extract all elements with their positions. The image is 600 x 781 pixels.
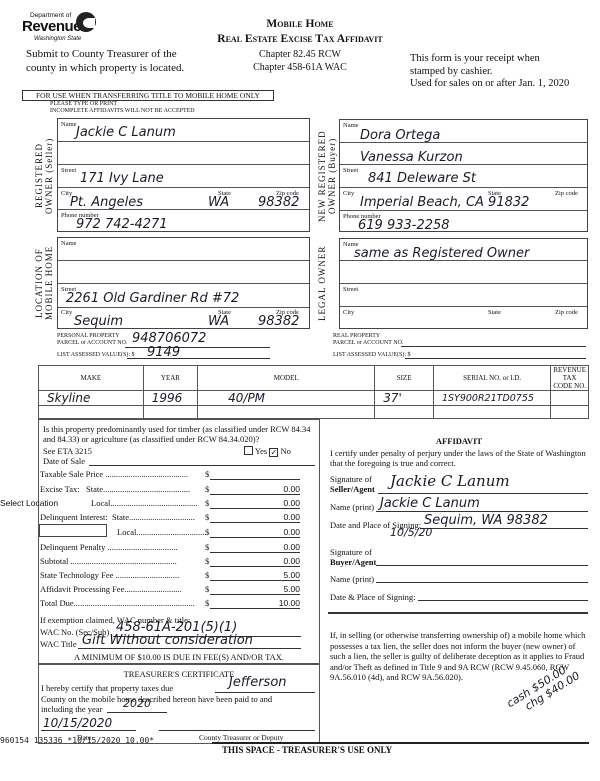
excise-local-amount[interactable]: 0.00 [210, 498, 300, 509]
buyer-name-print-label: Name (print) [330, 574, 374, 584]
minimum-due-note: A MINIMUM OF $10.00 IS DUE IN FEE(S) AND… [38, 652, 320, 662]
make-cell[interactable]: Skyline [39, 391, 144, 406]
delinquent-interest-state-amount[interactable]: 0.00 [210, 512, 300, 523]
make-cell[interactable] [39, 406, 144, 419]
table-row: Skyline 1996 40/PM 37' 1SY900R21TD0755 [39, 391, 589, 406]
dor-logo-icon [76, 12, 96, 32]
personal-assessed-field[interactable]: 9149 [147, 345, 180, 360]
yes-label: Yes [255, 446, 267, 456]
buyer-date-place-label: Date & Place of Signing: [330, 592, 415, 602]
date-of-sale-label: Date of Sale [43, 456, 85, 466]
taxable-sale-price-label: Taxable Sale Price .....................… [40, 469, 188, 479]
location-street-field[interactable]: 2261 Old Gardiner Rd #72 [66, 291, 239, 306]
subtotal-label: Subtotal ...............................… [40, 556, 177, 566]
legal-owner-box: Name same as Registered Owner Street Cit… [339, 238, 588, 329]
new-owner-section-label: NEW REGISTERED OWNER (Buyer) [317, 120, 339, 232]
tech-fee-label: State Technology Fee ...................… [40, 570, 179, 580]
assessed-label: LIST ASSESSED VALUE(S): $ [333, 352, 411, 358]
zip-label: Zip code [555, 309, 578, 316]
serial-cell[interactable]: 1SY900R21TD0755 [433, 391, 550, 406]
location-code-input[interactable] [39, 524, 107, 537]
effective-date-note: Used for sales on or after Jan. 1, 2020 [410, 78, 569, 89]
city-label: City [61, 309, 72, 316]
col-size: SIZE [375, 366, 434, 391]
legal-owner-section-label: LEGAL OWNER [317, 238, 339, 328]
delinquent-interest-local-amount[interactable]: 0.00 [210, 527, 300, 538]
logo-state: Washington State [34, 36, 81, 42]
tax-code-cell[interactable] [551, 406, 589, 419]
section-label-line-2: OWNER (Buyer) [327, 120, 337, 232]
delinquent-interest-local-label: Local................................. [117, 527, 206, 537]
zip-label: Zip code [555, 190, 578, 197]
seller-phone-field[interactable]: 972 742-4271 [76, 217, 168, 232]
currency-sign: $ [205, 542, 209, 552]
currency-sign: $ [205, 598, 209, 608]
wac-title-field[interactable]: Gift Without consideration [82, 633, 253, 648]
real-parcel-field[interactable] [401, 334, 586, 347]
seller-street-field[interactable]: 171 Ivy Lane [80, 171, 164, 186]
section-label-line-2: OWNER (Seller) [44, 120, 54, 232]
submit-instructions: Submit to County Treasurer of the county… [26, 47, 184, 75]
buyer-name-field[interactable]: Dora Ortega [360, 128, 440, 143]
buyer-phone-field[interactable]: 619 933-2258 [358, 218, 450, 233]
new-owner-box: Name Dora Ortega Vanessa Kurzon Street 8… [339, 119, 588, 232]
delinquent-penalty-amount[interactable]: 0.00 [210, 542, 300, 553]
year-field[interactable]: 2020 [123, 697, 151, 710]
receipt-line-2: stamped by cashier. [410, 65, 540, 78]
real-property-label: REAL PROPERTY [333, 333, 380, 339]
section-label-line-1: LEGAL OWNER [317, 238, 327, 328]
street-label: Street [343, 286, 358, 293]
no-label: No [280, 446, 290, 456]
mobile-home-table: MAKE YEAR MODEL SIZE SERIAL NO. or I.D. … [38, 365, 589, 419]
treasurer-certificate-box: TREASURER'S CERTIFICATE I hereby certify… [38, 664, 320, 744]
personal-parcel-field[interactable]: 948706072 [132, 331, 206, 346]
total-due-label: Total Due...............................… [40, 598, 195, 608]
seller-signature-field[interactable]: Jackie C Lanum [390, 472, 510, 490]
buyer-signature-label: Signature of Buyer/Agent [330, 547, 376, 567]
currency-sign: $ [205, 484, 209, 494]
excise-state-amount[interactable]: 0.00 [210, 484, 300, 495]
registered-owner-section-label: REGISTERED OWNER (Seller) [34, 120, 56, 232]
sig-label-line-1: Signature of [330, 547, 376, 557]
processing-fee-label: Affidavit Processing Fee................… [40, 584, 182, 594]
section-label-line-1: LOCATION OF [34, 238, 44, 328]
seller-name-field[interactable]: Jackie C Lanum [76, 125, 176, 140]
location-zip-field[interactable]: 98382 [258, 314, 299, 329]
location-box: Name Street 2261 Old Gardiner Rd #72 Cit… [57, 237, 310, 329]
sig-label-line-2: Buyer/Agent [330, 557, 376, 567]
seller-place-field[interactable]: Sequim, WA 98382 [424, 513, 548, 528]
currency-sign: $ [205, 556, 209, 566]
city-label: City [343, 309, 354, 316]
excise-local-label: Local...................................… [91, 498, 197, 508]
buyer-date-place-field[interactable] [418, 591, 588, 601]
incomplete-note: INCOMPLETE AFFIDAVITS WILL NOT BE ACCEPT… [50, 108, 195, 114]
sig-label-line-1: Signature of [330, 474, 375, 484]
parcel-label: PARCEL or ACCOUNT NO. [57, 340, 127, 346]
registered-owner-box: Name Jackie C Lanum Street 171 Ivy Lane … [57, 118, 310, 232]
treasurer-signature-field[interactable] [159, 720, 315, 731]
tax-code-cell[interactable] [551, 391, 589, 406]
year-cell[interactable] [143, 406, 197, 419]
title-line-1: Mobile Home [200, 17, 400, 32]
receipt-note: This form is your receipt when stamped b… [410, 52, 540, 78]
table-row [39, 406, 589, 419]
model-cell[interactable]: 40/PM [198, 391, 375, 406]
location-section-label: LOCATION OF MOBILE HOME [34, 238, 56, 328]
buyer-name2-field[interactable]: Vanessa Kurzon [360, 150, 463, 165]
seller-city-field[interactable]: Pt. Angeles [70, 195, 143, 210]
name-label: Name [343, 122, 359, 129]
affidavit-title: AFFIDAVIT [330, 436, 588, 446]
street-label: Street [61, 167, 76, 174]
date-of-sale-field[interactable] [89, 456, 315, 466]
currency-sign: $ [205, 527, 209, 537]
year-cell[interactable]: 1996 [143, 391, 197, 406]
model-cell[interactable] [198, 406, 375, 419]
state-label: State [488, 309, 501, 316]
dor-logo: Department of Revenue Washington State [20, 10, 100, 46]
yes-checkbox[interactable] [244, 446, 253, 455]
chapter-references: Chapter 82.45 RCW Chapter 458-61A WAC [200, 48, 400, 74]
real-assessed-field[interactable] [405, 347, 586, 359]
col-model: MODEL [198, 366, 375, 391]
treasurer-line-1: I hereby certify that property taxes due [41, 683, 173, 693]
legal-owner-name-field[interactable]: same as Registered Owner [354, 246, 529, 261]
assessed-label: LIST ASSESSED VALUE(S): $ [57, 352, 135, 358]
tech-fee-amount[interactable]: 5.00 [210, 570, 300, 581]
title-line-2: Real Estate Excise Tax Affidavit [200, 32, 400, 47]
submit-line-2: county in which property is located. [26, 61, 184, 75]
location-city-field[interactable]: Sequim [74, 314, 123, 329]
seller-name-print-label: Name (print) [330, 502, 374, 512]
receipt-line-1: This form is your receipt when [410, 52, 540, 65]
col-tax-code: REVENUE TAX CODE NO. [551, 366, 589, 391]
cashier-stamp: 960154 135336 *10/15/2020 10.00* [0, 736, 154, 745]
section-label-line-1: REGISTERED [34, 120, 44, 232]
submit-line-1: Submit to County Treasurer of the [26, 47, 184, 61]
currency-sign: $ [205, 570, 209, 580]
buyer-city-state-zip-field[interactable]: Imperial Beach, CA 91832 [360, 195, 529, 210]
chapter-wac: Chapter 458-61A WAC [200, 61, 400, 74]
street-label: Street [343, 167, 358, 174]
chapter-rcw: Chapter 82.45 RCW [200, 48, 400, 61]
personal-property-section: PERSONAL PROPERTY PARCEL or ACCOUNT NO. … [57, 333, 120, 339]
parcel-label: PARCEL or ACCOUNT NO. [333, 340, 403, 346]
serial-cell[interactable] [433, 406, 550, 419]
name-label: Name [61, 121, 77, 128]
col-year: YEAR [143, 366, 197, 391]
size-cell[interactable] [375, 406, 434, 419]
please-type-note: PLEASE TYPE OR PRINT [50, 101, 117, 107]
timber-question: Is this property predominantly used for … [43, 424, 315, 444]
delinquent-penalty-label: Delinquent Penalty .....................… [40, 542, 178, 552]
seller-date-field[interactable]: 10/5/20 [390, 526, 432, 539]
buyer-street-field[interactable]: 841 Deleware St [368, 171, 476, 186]
processing-fee-amount[interactable]: 5.00 [210, 584, 300, 595]
city-label: City [343, 190, 354, 197]
real-property-section: REAL PROPERTY PARCEL or ACCOUNT NO. LIST… [333, 333, 380, 339]
taxable-sale-price-field[interactable] [210, 469, 300, 480]
size-cell[interactable]: 37' [375, 391, 434, 406]
table-header-row: MAKE YEAR MODEL SIZE SERIAL NO. or I.D. … [39, 366, 589, 391]
name-label: Name [61, 240, 77, 247]
seller-zip-field[interactable]: 98382 [258, 195, 299, 210]
seller-signature-label: Signature of Seller/Agent [330, 474, 375, 494]
delinquent-interest-state-label: Delinquent Interest: State..............… [40, 512, 195, 522]
seller-name-print-field[interactable]: Jackie C Lanum [380, 496, 480, 511]
personal-property-label: PERSONAL PROPERTY [57, 333, 120, 339]
see-eta-note: See ETA 3215 [43, 446, 92, 456]
footer-divider [212, 742, 589, 744]
currency-sign: $ [205, 498, 209, 508]
select-location-dropdown[interactable]: Select Location [0, 498, 78, 508]
treasurer-line-3: including the year [41, 704, 102, 714]
buyer-name-print-field[interactable] [376, 573, 588, 583]
currency-sign: $ [205, 469, 209, 479]
section-label-line-1: NEW REGISTERED [317, 120, 327, 232]
treasurer-signer-label: County Treasurer or Deputy [199, 733, 283, 742]
form-title: Mobile Home Real Estate Excise Tax Affid… [200, 17, 400, 47]
transfer-notice: FOR USE WHEN TRANSFERRING TITLE TO MOBIL… [22, 90, 274, 101]
county-field[interactable]: Jefferson [229, 675, 287, 690]
col-make: MAKE [39, 366, 144, 391]
affidavit-text: I certify under penalty of perjury under… [330, 448, 588, 468]
logo-name: Revenue [22, 18, 81, 35]
location-state-field[interactable]: WA [208, 314, 229, 329]
seller-state-field[interactable]: WA [208, 195, 229, 210]
excise-state-label: Excise Tax: State.......................… [40, 484, 190, 494]
currency-sign: $ [205, 584, 209, 594]
currency-sign: $ [205, 512, 209, 522]
total-due-amount[interactable]: 10.00 [210, 598, 300, 609]
subtotal-amount[interactable]: 0.00 [210, 556, 300, 567]
col-serial: SERIAL NO. or I.D. [433, 366, 550, 391]
section-label-line-2: MOBILE HOME [44, 238, 54, 328]
sig-label-line-2: Seller/Agent [330, 484, 375, 494]
wac-title-label: WAC Title [40, 639, 77, 649]
buyer-signature-field[interactable] [376, 556, 588, 566]
treasurer-use-only-label: THIS SPACE - TREASURER'S USE ONLY [222, 745, 392, 755]
